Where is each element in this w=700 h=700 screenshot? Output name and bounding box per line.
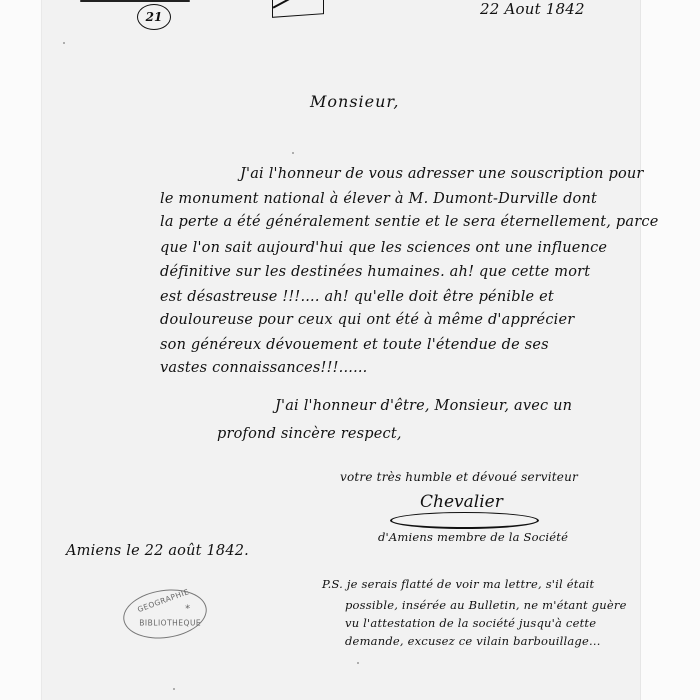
closing-formula: votre très humble et dévoué serviteur (340, 470, 578, 484)
paper-speck (357, 662, 359, 664)
body-line: la perte a été généralement sentie et le… (160, 214, 658, 230)
header-date: 22 Aout 1842 (480, 0, 585, 18)
folio-number: 21 (146, 10, 163, 24)
paper-speck (173, 688, 175, 690)
postscript-line: vu l'attestation de la société jusqu'à c… (345, 616, 596, 630)
top-rule-line (80, 0, 190, 2)
postscript-line: possible, insérée au Bulletin, ne m'étan… (345, 598, 627, 612)
stamp-bottom-text: BIBLIOTHEQUE (139, 618, 201, 627)
body-line: le monument national à élever à M. Dumon… (160, 191, 597, 207)
stamp-star-icon: * (185, 603, 192, 615)
paper-speck (292, 152, 294, 154)
body-line: est désastreuse !!!.... ah! qu'elle doit… (160, 289, 554, 305)
signature-title: d'Amiens membre de la Société (378, 530, 568, 544)
body-line: douloureuse pour ceux qui ont été à même… (160, 312, 574, 328)
paper-speck (63, 42, 65, 44)
place-and-date: Amiens le 22 août 1842. (66, 543, 249, 559)
postscript-line: demande, excusez ce vilain barbouillage.… (345, 634, 601, 648)
body-line: que l'on sait aujourd'hui que les scienc… (160, 240, 607, 256)
signature-flourish-icon (390, 512, 539, 529)
scanned-letter: 21 22 Aout 1842 Monsieur, J'ai l'honneur… (0, 0, 700, 700)
postscript-line: P.S. je serais flatté de voir ma lettre,… (322, 577, 594, 591)
courtesy-line: profond sincère respect, (217, 426, 402, 442)
body-line: définitive sur les destinées humaines. a… (160, 264, 590, 280)
courtesy-line: J'ai l'honneur d'être, Monsieur, avec un (275, 398, 572, 414)
body-line: J'ai l'honneur de vous adresser une sous… (240, 166, 644, 182)
body-line: vastes connaissances!!!...... (160, 360, 368, 376)
body-line: son généreux dévouement et toute l'étend… (160, 337, 549, 353)
folio-number-circle: 21 (137, 4, 171, 30)
signature: Chevalier (420, 492, 503, 512)
salutation: Monsieur, (310, 92, 399, 111)
